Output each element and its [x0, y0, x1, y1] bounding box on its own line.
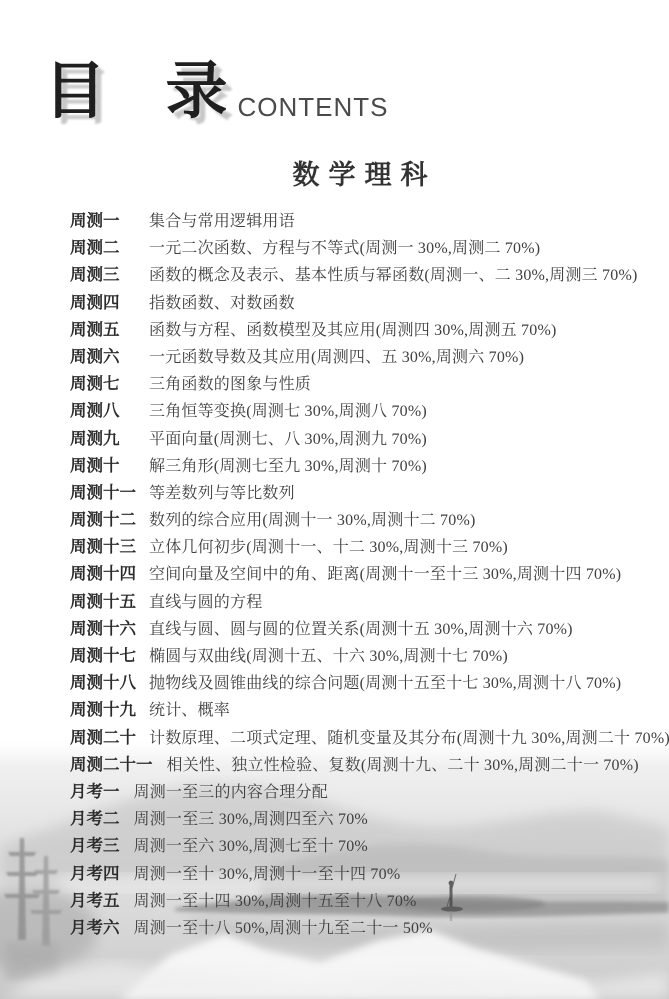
toc-row: 月考六 周测一至十八 50%,周测十九至二十一 50% — [70, 914, 663, 941]
pine-tree — [4, 838, 40, 940]
tree-reflection — [6, 942, 58, 980]
toc-row: 周测二十一 相关性、独立性检验、复数(周测十九、二十 30%,周测二十一 70%… — [70, 751, 663, 778]
toc-row-label: 周测九 — [70, 425, 149, 449]
toc-row-text: 直线与圆、圆与圆的位置关系(周测十五 30%,周测十六 70%) — [149, 616, 573, 639]
toc-row-text: 周测一至三 30%,周测四至六 70% — [134, 806, 368, 829]
toc-row: 周测十八 抛物线及圆锥曲线的综合问题(周测十五至十七 30%,周测十八 70%) — [70, 669, 663, 696]
subject-title: 数学理科 — [0, 153, 669, 192]
toc-row-label: 月考一 — [70, 778, 120, 802]
toc-row-text: 指数函数、对数函数 — [149, 290, 295, 313]
toc-row: 周测十二 数列的综合应用(周测十一 30%,周测十二 70%) — [70, 506, 663, 533]
toc-row-label: 周测十六 — [70, 615, 149, 639]
toc-row: 周测二十 计数原理、二项式定理、随机变量及其分布(周测十九 30%,周测二十 7… — [70, 724, 663, 751]
toc-row-label: 周测二 — [70, 234, 149, 258]
toc-row-label: 周测十五 — [70, 588, 149, 612]
toc-row: 周测五 函数与方程、函数模型及其应用(周测四 30%,周测五 70%) — [70, 316, 663, 343]
toc-row: 月考一 周测一至三的内容合理分配 — [70, 778, 663, 805]
toc-row: 周测六 一元函数导数及其应用(周测四、五 30%,周测六 70%) — [70, 343, 663, 370]
toc-row-text: 计数原理、二项式定理、随机变量及其分布(周测十九 30%,周测二十 70%) — [149, 725, 669, 748]
toc-row: 周测十一 等差数列与等比数列 — [70, 479, 663, 506]
toc-row: 周测十 解三角形(周测七至九 30%,周测十 70%) — [70, 452, 663, 479]
toc-row: 周测十六 直线与圆、圆与圆的位置关系(周测十五 30%,周测十六 70%) — [70, 615, 663, 642]
toc-row-text: 直线与圆的方程 — [149, 589, 262, 612]
toc-row-text: 等差数列与等比数列 — [149, 480, 295, 503]
toc-row-text: 一元函数导数及其应用(周测四、五 30%,周测六 70%) — [149, 344, 524, 367]
toc-list: 周测一 集合与常用逻辑用语 周测二 一元二次函数、方程与不等式(周测一 30%,… — [70, 207, 663, 941]
toc-row-label: 周测七 — [70, 370, 149, 394]
toc-row-label: 周测十 — [70, 452, 149, 476]
toc-row-label: 周测二十 — [70, 724, 149, 748]
toc-row-label: 月考三 — [70, 832, 120, 856]
toc-row-label: 周测十一 — [70, 479, 149, 503]
toc-row: 月考五 周测一至十四 30%,周测十五至十八 70% — [70, 887, 663, 914]
toc-row-text: 周测一至十八 50%,周测十九至二十一 50% — [134, 915, 433, 938]
toc-row-text: 相关性、独立性检验、复数(周测十九、二十 30%,周测二十一 70%) — [167, 752, 639, 775]
toc-row-label: 周测十九 — [70, 696, 149, 720]
toc-page: 目 录 CONTENTS 数学理科 周测一 集合与常用逻辑用语 周测二 一元二次… — [0, 0, 669, 999]
toc-row-label: 周测十八 — [70, 669, 149, 693]
toc-row: 周测九 平面向量(周测七、八 30%,周测九 70%) — [70, 425, 663, 452]
toc-row: 周测十四 空间向量及空间中的角、距离(周测十一至十三 30%,周测十四 70%) — [70, 560, 663, 587]
toc-row-label: 周测四 — [70, 289, 149, 313]
contents-title-en: CONTENTS — [238, 94, 389, 120]
page-header: 目 录 CONTENTS — [44, 60, 389, 125]
toc-row-label: 周测八 — [70, 397, 149, 421]
toc-row-text: 抛物线及圆锥曲线的综合问题(周测十五至十七 30%,周测十八 70%) — [149, 670, 621, 693]
toc-row-text: 一元二次函数、方程与不等式(周测一 30%,周测二 70%) — [149, 235, 540, 258]
toc-row-text: 周测一至三的内容合理分配 — [134, 779, 328, 802]
toc-row-text: 三角函数的图象与性质 — [149, 371, 311, 394]
toc-row: 周测三 函数的概念及表示、基本性质与幂函数(周测一、二 30%,周测三 70%) — [70, 261, 663, 288]
toc-row-text: 周测一至十 30%,周测十一至十四 70% — [134, 861, 401, 884]
toc-row: 周测八 三角恒等变换(周测七 30%,周测八 70%) — [70, 397, 663, 424]
toc-row: 周测一 集合与常用逻辑用语 — [70, 207, 663, 234]
toc-row-label: 周测十二 — [70, 506, 149, 530]
toc-row-text: 数列的综合应用(周测十一 30%,周测十二 70%) — [149, 507, 476, 530]
toc-row-text: 平面向量(周测七、八 30%,周测九 70%) — [149, 426, 427, 449]
toc-row: 周测七 三角函数的图象与性质 — [70, 370, 663, 397]
toc-row-label: 周测六 — [70, 343, 149, 367]
toc-row-label: 月考四 — [70, 860, 120, 884]
toc-row-label: 周测十四 — [70, 560, 149, 584]
toc-row: 周测四 指数函数、对数函数 — [70, 289, 663, 316]
toc-row-text: 空间向量及空间中的角、距离(周测十一至十三 30%,周测十四 70%) — [149, 561, 621, 584]
toc-row-text: 周测一至六 30%,周测七至十 70% — [134, 833, 368, 856]
toc-row-text: 集合与常用逻辑用语 — [149, 208, 295, 231]
toc-row-text: 椭圆与双曲线(周测十五、十六 30%,周测十七 70%) — [149, 643, 508, 666]
toc-row: 月考四 周测一至十 30%,周测十一至十四 70% — [70, 860, 663, 887]
toc-row-label: 周测十七 — [70, 642, 149, 666]
toc-row-label: 周测三 — [70, 261, 149, 285]
toc-row-label: 月考五 — [70, 887, 120, 911]
toc-row-label: 周测一 — [70, 207, 149, 231]
toc-row: 周测十九 统计、概率 — [70, 696, 663, 723]
toc-row: 周测十七 椭圆与双曲线(周测十五、十六 30%,周测十七 70%) — [70, 642, 663, 669]
toc-row-text: 解三角形(周测七至九 30%,周测十 70%) — [149, 453, 427, 476]
toc-row: 周测十五 直线与圆的方程 — [70, 588, 663, 615]
contents-title-zh: 目 录 — [44, 60, 250, 125]
white-reflection-peaks — [0, 962, 669, 999]
toc-row-label: 周测十三 — [70, 533, 149, 557]
toc-row-text: 立体几何初步(周测十一、十二 30%,周测十三 70%) — [149, 534, 508, 557]
toc-row-text: 周测一至十四 30%,周测十五至十八 70% — [134, 888, 417, 911]
toc-row: 周测十三 立体几何初步(周测十一、十二 30%,周测十三 70%) — [70, 533, 663, 560]
toc-row-text: 三角恒等变换(周测七 30%,周测八 70%) — [149, 398, 427, 421]
toc-row-label: 周测二十一 — [70, 751, 153, 775]
toc-row-text: 函数的概念及表示、基本性质与幂函数(周测一、二 30%,周测三 70%) — [149, 262, 638, 285]
toc-row-label: 月考六 — [70, 914, 120, 938]
toc-row: 月考三 周测一至六 30%,周测七至十 70% — [70, 832, 663, 859]
toc-row-text: 统计、概率 — [149, 697, 230, 720]
toc-row-label: 周测五 — [70, 316, 149, 340]
toc-row: 月考二 周测一至三 30%,周测四至六 70% — [70, 805, 663, 832]
toc-row-text: 函数与方程、函数模型及其应用(周测四 30%,周测五 70%) — [149, 317, 557, 340]
toc-row: 周测二 一元二次函数、方程与不等式(周测一 30%,周测二 70%) — [70, 234, 663, 261]
toc-row-label: 月考二 — [70, 805, 120, 829]
pine-tree — [30, 856, 62, 946]
